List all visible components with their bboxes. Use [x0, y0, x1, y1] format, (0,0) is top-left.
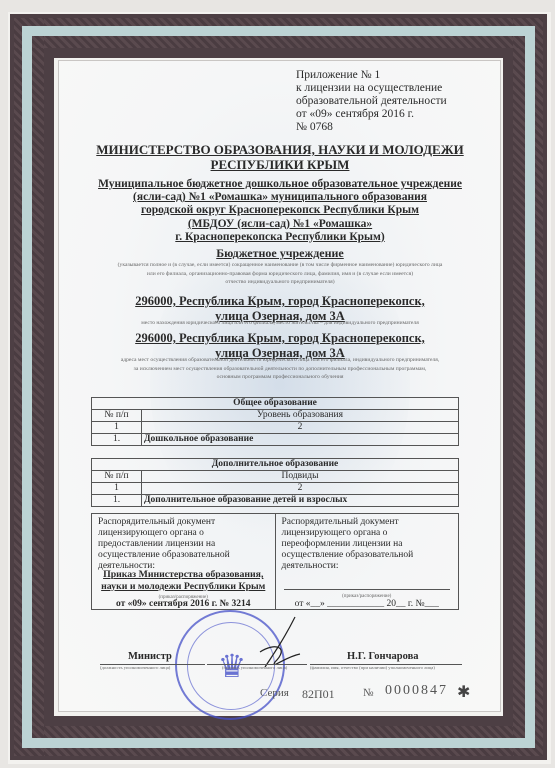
name-note: (указывается полное и (в случае, если им…: [70, 261, 490, 287]
annex-number: № 0768: [296, 121, 447, 134]
row-value: Дошкольное образование: [142, 434, 459, 446]
annex-header: Приложение № 1 к лицензии на осуществлен…: [296, 69, 447, 134]
address-line: 296000, Республика Крым, город Краснопер…: [70, 331, 490, 346]
grant-title: Распорядительный документ лицензирующего…: [98, 517, 269, 572]
sign-caption: (подпись уполномоченного лица): [222, 665, 287, 670]
annex-date: от «09» сентября 2016 г.: [296, 108, 447, 121]
row-number: 1.: [92, 495, 142, 507]
organization-type: Бюджетное учреждение: [70, 246, 490, 260]
note-line: основным программам профессионального об…: [70, 373, 490, 382]
handwritten-signature: [245, 612, 315, 682]
col-index: 1: [92, 422, 142, 434]
general-education-table: Общее образование № п/пУровень образован…: [91, 397, 459, 446]
annex-line: образовательной деятельности: [296, 95, 447, 108]
col-header: Уровень образования: [142, 410, 459, 422]
col-header: Подвиды: [142, 471, 459, 483]
col-index: 2: [142, 422, 459, 434]
grant-document: Распорядительный документ лицензирующего…: [92, 514, 275, 609]
org-line: Муниципальное бюджетное дошкольное образ…: [70, 178, 490, 191]
org-line: (МБДОУ (ясли-сад) №1 «Ромашка»: [70, 218, 490, 231]
organization-name: Муниципальное бюджетное дошкольное образ…: [70, 178, 490, 244]
col-header: № п/п: [92, 410, 142, 422]
annex-line: к лицензии на осуществление: [296, 82, 447, 95]
note-line: адреса мест осуществления образовательно…: [70, 356, 490, 365]
ministry-line: МИНИСТЕРСТВО ОБРАЗОВАНИЯ, НАУКИ И МОЛОДЕ…: [70, 142, 490, 157]
grant-date: от «09» сентября 2016 г. № 3214: [92, 599, 275, 610]
address-line: 296000, Республика Крым, город Краснопер…: [70, 294, 490, 309]
table-title: Дополнительное образование: [92, 459, 459, 471]
administrative-documents: Распорядительный документ лицензирующего…: [91, 513, 459, 610]
col-index: 2: [142, 483, 459, 495]
note-line: (указывается полное и (в случае, если им…: [70, 261, 490, 270]
note-line: за исключением мест осуществления образо…: [70, 365, 490, 374]
ministry-title: МИНИСТЕРСТВО ОБРАЗОВАНИЯ, НАУКИ И МОЛОДЕ…: [70, 142, 490, 172]
row-number: 1.: [92, 434, 142, 446]
blank-line: [284, 589, 451, 590]
grant-order: Приказ Министерства образования, науки и…: [92, 569, 275, 592]
signer-position: Министр: [128, 651, 172, 662]
address-note: адреса мест осуществления образовательно…: [70, 356, 490, 382]
order-line: Приказ Министерства образования,: [92, 569, 275, 581]
org-line: (ясли-сад) №1 «Ромашка» муниципального о…: [70, 191, 490, 204]
series-label: Серия: [260, 687, 289, 699]
col-index: 1: [92, 483, 142, 495]
org-line: г. Красноперекопска Республики Крым): [70, 231, 490, 244]
signer-name: Н.Г. Гончарова: [347, 651, 419, 662]
series-value: 82П01: [302, 687, 335, 702]
note-line: или его филиала, организационно-правовая…: [70, 270, 490, 279]
reissue-title: Распорядительный документ лицензирующего…: [282, 517, 453, 572]
name-caption: (фамилия, имя, отчество (при наличии) уп…: [310, 665, 435, 670]
note-line: отчество индивидуального предпринимателя…: [70, 278, 490, 287]
form-number: 0000847: [385, 683, 448, 699]
location-note: место нахождения юридического лица или е…: [70, 319, 490, 328]
reissue-date: от «__» ____________ 20__ г. №___: [276, 599, 459, 610]
number-label: №: [363, 687, 374, 699]
row-value: Дополнительное образование детей и взрос…: [142, 495, 459, 507]
org-line: городской округ Красноперекопск Республи…: [70, 204, 490, 217]
annex-title: Приложение № 1: [296, 69, 447, 82]
order-line: науки и молодежи Республики Крым: [92, 581, 275, 593]
ministry-line: РЕСПУБЛИКИ КРЫМ: [70, 157, 490, 172]
additional-education-table: Дополнительное образование № п/пПодвиды …: [91, 458, 459, 507]
star-icon: ✱: [457, 682, 470, 702]
table-row: 1.Дошкольное образование: [92, 434, 459, 446]
table-row: 1.Дополнительное образование детей и взр…: [92, 495, 459, 507]
position-caption: (должность уполномоченного лица): [100, 665, 170, 670]
reissue-document: Распорядительный документ лицензирующего…: [275, 514, 459, 609]
table-title: Общее образование: [92, 398, 459, 410]
col-header: № п/п: [92, 471, 142, 483]
